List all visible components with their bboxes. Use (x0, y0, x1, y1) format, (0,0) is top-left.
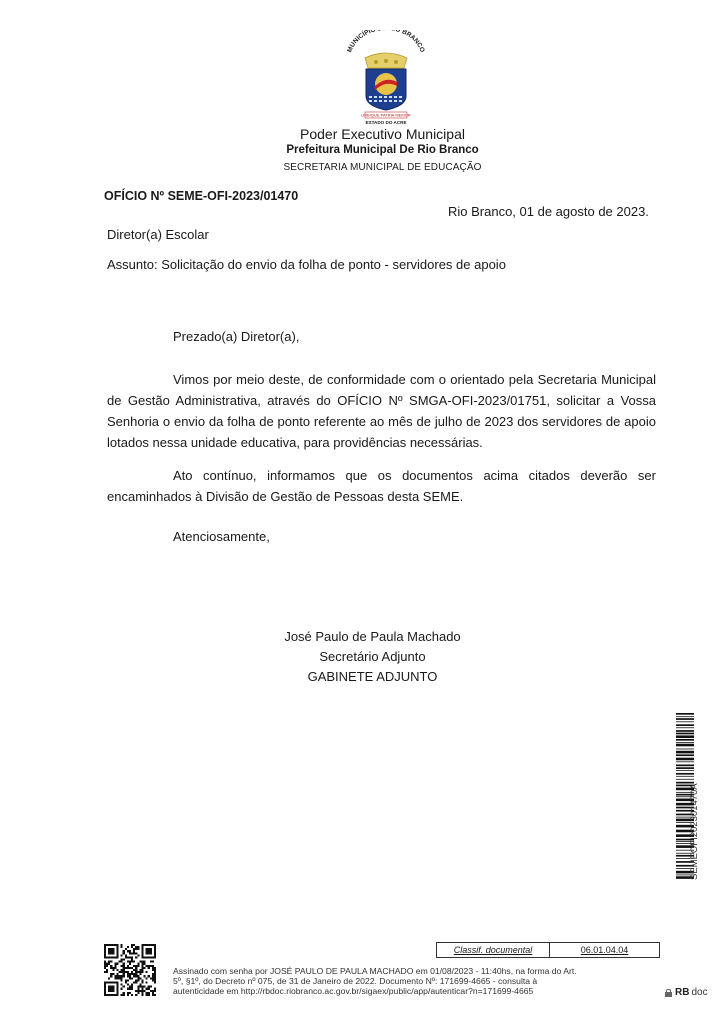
classification-box: Classif. documental 06.01.04.04 (436, 942, 660, 958)
rbdoc-brand: RBdoc (664, 987, 708, 998)
municipal-crest-logo: MUNICÍPIO DE RIO BRANCO URBIQUE PATRIA M… (338, 30, 434, 126)
barcode-label: SEMEOFI202301470A (681, 720, 711, 880)
crest-motto: URBIQUE PATRIA MEMOR (361, 113, 411, 118)
crest-icon: MUNICÍPIO DE RIO BRANCO URBIQUE PATRIA M… (338, 30, 434, 126)
signer-department: GABINETE ADJUNTO (10, 669, 725, 684)
crest-state: ESTADO DO ACRE (365, 120, 406, 125)
barcode-text: SEMEOFI202301470A (689, 720, 700, 880)
brand-rest: doc (691, 987, 707, 998)
signature-footer: Assinado com senha por JOSÉ PAULO DE PAU… (173, 966, 663, 996)
classification-label: Classif. documental (437, 943, 550, 957)
greeting: Prezado(a) Diretor(a), (173, 329, 299, 344)
header-secretaria: SECRETARIA MUNICIPAL DE EDUCAÇÃO (20, 162, 725, 173)
footer-line: autenticidade em http://rbdoc.riobranco.… (173, 986, 663, 996)
crest-arc-text: MUNICÍPIO DE RIO BRANCO (346, 30, 425, 53)
footer-line: 5º, §1º, do Decreto nº 075, de 31 de Jan… (173, 976, 663, 986)
footer-line: Assinado com senha por JOSÉ PAULO DE PAU… (173, 966, 663, 976)
body-paragraph: Ato contínuo, informamos que os document… (107, 465, 656, 507)
subject: Assunto: Solicitação do envio da folha d… (107, 257, 506, 272)
qr-code-icon (104, 944, 156, 996)
oficio-number: OFÍCIO Nº SEME-OFI-2023/01470 (104, 189, 298, 203)
header-prefeitura: Prefeitura Municipal De Rio Branco (20, 144, 725, 156)
lock-icon (664, 989, 673, 997)
brand-bold: RB (675, 987, 689, 998)
signer-title: Secretário Adjunto (10, 649, 725, 664)
body-paragraph: Vimos por meio deste, de conformidade co… (107, 369, 656, 453)
signer-name: José Paulo de Paula Machado (10, 629, 725, 644)
closing: Atenciosamente, (173, 529, 270, 544)
recipient: Diretor(a) Escolar (107, 227, 209, 242)
place-date: Rio Branco, 01 de agosto de 2023. (448, 204, 649, 219)
classification-value: 06.01.04.04 (550, 943, 659, 957)
svg-text:MUNICÍPIO DE RIO BRANCO: MUNICÍPIO DE RIO BRANCO (346, 30, 425, 53)
header-executive: Poder Executivo Municipal (20, 126, 725, 142)
